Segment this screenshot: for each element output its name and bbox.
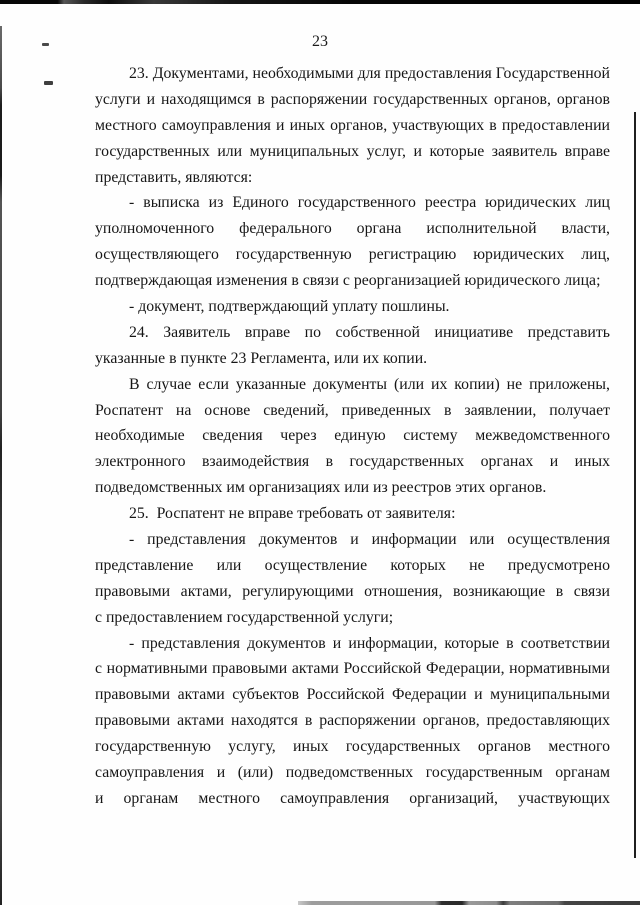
- scan-artifact-dash: [44, 81, 53, 85]
- text-line: местного самоуправления и иных органов, …: [95, 113, 610, 139]
- text-line: с нормативными правовыми актами Российск…: [95, 656, 610, 682]
- text-line: представление или осуществление которых …: [95, 553, 610, 579]
- document-page: 23 23. Документами, необходимыми для пре…: [0, 0, 640, 905]
- scan-artifact-right-edge: [634, 112, 636, 858]
- text-line: - выписка из Единого государственного ре…: [95, 190, 610, 216]
- scan-artifact-top-bar: [0, 0, 640, 4]
- text-line: с предоставлением государственной услуги…: [95, 605, 610, 631]
- text-line: 25. Роспатент не вправе требовать от зая…: [95, 501, 610, 527]
- text-line: подведомственных им организациях или из …: [95, 475, 610, 501]
- scan-artifact-left-edge: [0, 26, 2, 905]
- text-line: - представления документов и информации,…: [95, 631, 610, 657]
- text-line: представить, являются:: [95, 165, 610, 191]
- text-line: Роспатент на основе сведений, приведенны…: [95, 398, 610, 424]
- text-line: государственных или муниципальных услуг,…: [95, 139, 610, 165]
- text-line: правовыми актами находятся в распоряжени…: [95, 708, 610, 734]
- text-line: 24. Заявитель вправе по собственной иниц…: [95, 320, 610, 346]
- text-line: правовыми актами субъектов Российской Фе…: [95, 682, 610, 708]
- text-line: подтверждающая изменения в связи с реорг…: [95, 268, 610, 294]
- text-line: самоуправления и (или) подведомственных …: [95, 760, 610, 786]
- text-line: электронного взаимодействия в государств…: [95, 449, 610, 475]
- text-line: правовыми актами, регулирующими отношени…: [95, 579, 610, 605]
- text-line: 23. Документами, необходимыми для предос…: [95, 61, 610, 87]
- page-number: 23: [0, 33, 640, 51]
- text-line: В случае если указанные документы (или и…: [95, 372, 610, 398]
- text-line: - документ, подтверждающий уплату пошлин…: [95, 294, 610, 320]
- text-line: и органам местного самоуправления органи…: [95, 786, 610, 812]
- text-line: государственную услугу, иных государстве…: [95, 734, 610, 760]
- text-line: указанные в пункте 23 Регламента, или их…: [95, 346, 610, 372]
- text-line: уполномоченного федерального органа испо…: [95, 216, 610, 242]
- text-line: осуществляющего государственную регистра…: [95, 242, 610, 268]
- text-line: необходимые сведения через единую систем…: [95, 423, 610, 449]
- document-lines: 23. Документами, необходимыми для предос…: [95, 61, 610, 812]
- text-line: - представления документов и информации …: [95, 527, 610, 553]
- text-line: услуги и находящимся в распоряжении госу…: [95, 87, 610, 113]
- scan-artifact-bottom-bar: [298, 901, 640, 905]
